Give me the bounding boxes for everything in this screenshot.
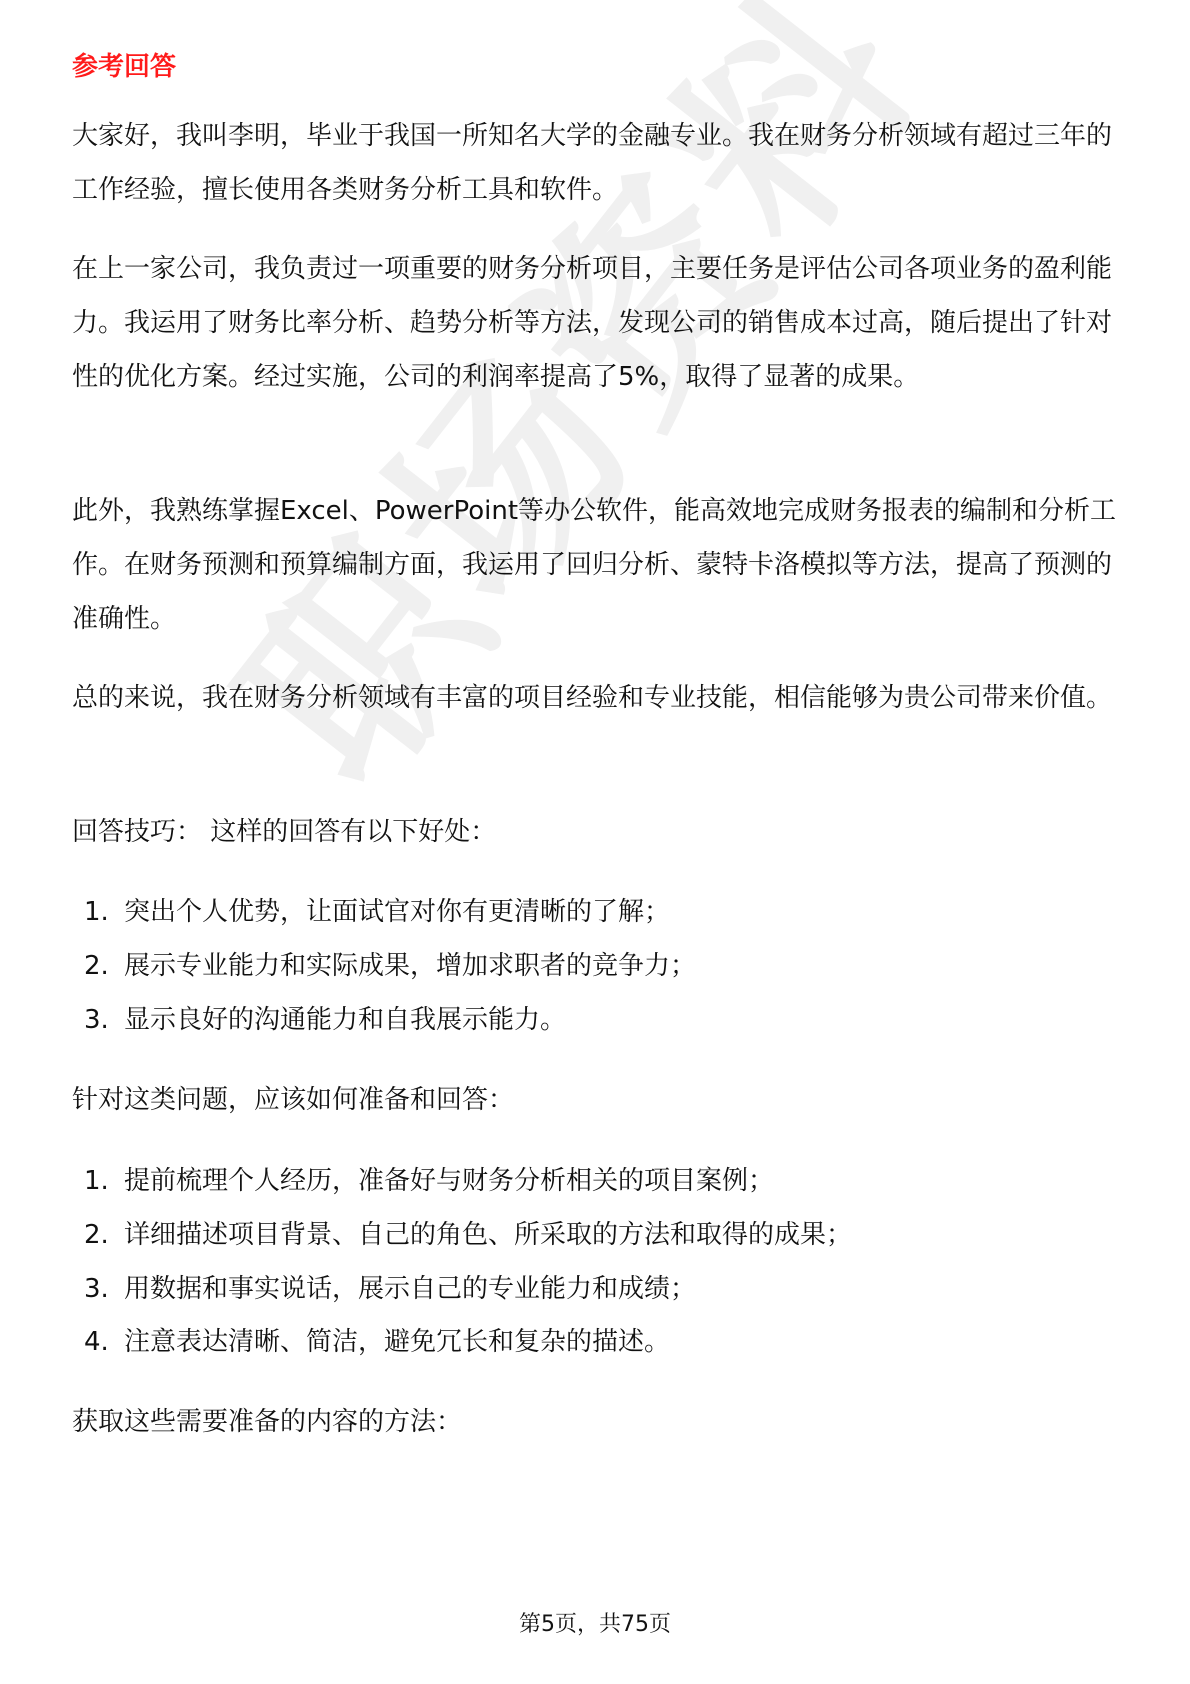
- prep-list-item: 1. 提前梳理个人经历，准备好与财务分析相关的项目案例；: [84, 1154, 1114, 1208]
- paragraph-summary: 总的来说，我在财务分析领域有丰富的项目经验和专业技能，相信能够为贵公司带来价值。: [72, 671, 1122, 725]
- prep-list-item: 4. 注意表达清晰、简洁，避免冗长和复杂的描述。: [84, 1315, 1114, 1369]
- list-number: 3.: [84, 1262, 124, 1316]
- closing-heading: 获取这些需要准备的内容的方法：: [72, 1395, 1122, 1449]
- tips-heading: 回答技巧： 这样的回答有以下好处：: [72, 805, 1122, 859]
- list-text: 用数据和事实说话，展示自己的专业能力和成绩；: [124, 1262, 696, 1316]
- tips-list-item: 1. 突出个人优势，让面试官对你有更清晰的了解；: [84, 885, 1114, 939]
- list-number: 1.: [84, 1154, 124, 1208]
- list-number: 2.: [84, 1208, 124, 1262]
- paragraph-project: 在上一家公司，我负责过一项重要的财务分析项目，主要任务是评估公司各项业务的盈利能…: [72, 242, 1122, 404]
- page-indicator: 第5页，共75页: [0, 1610, 1190, 1640]
- tips-list-item: 3. 显示良好的沟通能力和自我展示能力。: [84, 993, 1114, 1047]
- paragraph-intro: 大家好，我叫李明，毕业于我国一所知名大学的金融专业。我在财务分析领域有超过三年的…: [72, 109, 1122, 217]
- prep-list-item: 2. 详细描述项目背景、自己的角色、所采取的方法和取得的成果；: [84, 1208, 1114, 1262]
- list-number: 2.: [84, 939, 124, 993]
- list-text: 突出个人优势，让面试官对你有更清晰的了解；: [124, 885, 670, 939]
- list-number: 1.: [84, 885, 124, 939]
- section-title: 参考回答: [72, 50, 176, 84]
- list-text: 详细描述项目背景、自己的角色、所采取的方法和取得的成果；: [124, 1208, 852, 1262]
- tips-list-item: 2. 展示专业能力和实际成果，增加求职者的竞争力；: [84, 939, 1114, 993]
- list-text: 展示专业能力和实际成果，增加求职者的竞争力；: [124, 939, 696, 993]
- document-page: 参考回答 大家好，我叫李明，毕业于我国一所知名大学的金融专业。我在财务分析领域有…: [0, 0, 1190, 1684]
- list-number: 4.: [84, 1315, 124, 1369]
- list-text: 显示良好的沟通能力和自我展示能力。: [124, 993, 566, 1047]
- list-text: 注意表达清晰、简洁，避免冗长和复杂的描述。: [124, 1315, 670, 1369]
- list-text: 提前梳理个人经历，准备好与财务分析相关的项目案例；: [124, 1154, 774, 1208]
- prep-heading: 针对这类问题，应该如何准备和回答：: [72, 1073, 1122, 1127]
- prep-list-item: 3. 用数据和事实说话，展示自己的专业能力和成绩；: [84, 1262, 1114, 1316]
- paragraph-skills: 此外，我熟练掌握Excel、PowerPoint等办公软件，能高效地完成财务报表…: [72, 484, 1122, 646]
- list-number: 3.: [84, 993, 124, 1047]
